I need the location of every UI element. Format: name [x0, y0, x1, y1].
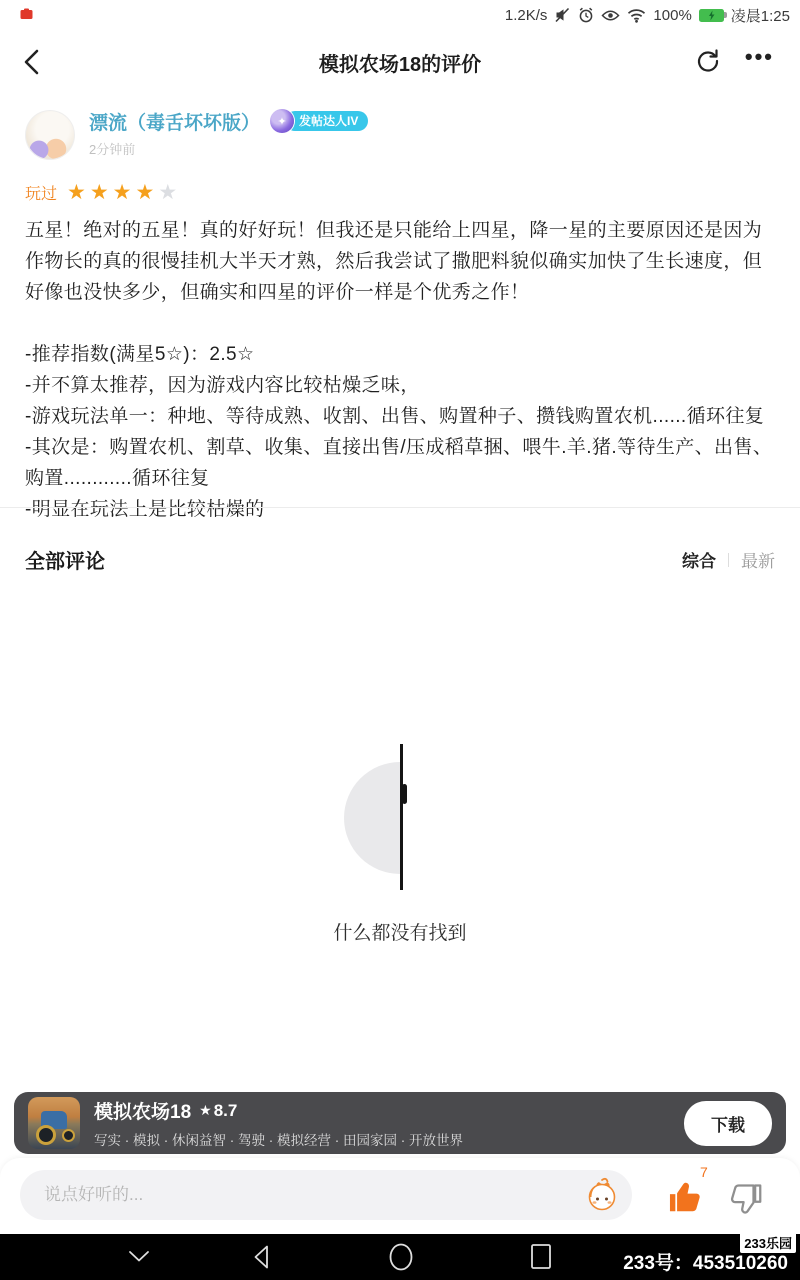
post-timestamp: 2分钟前 [89, 139, 775, 158]
star-icon: ★ [113, 181, 132, 204]
sort-tab-hot[interactable]: 综合 [682, 547, 716, 572]
alarm-icon [578, 7, 594, 23]
star-icon: ★ [90, 181, 109, 204]
wifi-icon [627, 8, 646, 23]
nav-back-icon[interactable] [252, 1244, 270, 1270]
eye-mode-icon [601, 9, 620, 22]
section-divider [0, 507, 800, 508]
battery-icon [699, 9, 724, 22]
empty-state: 什么都没有找到 [0, 744, 800, 945]
username[interactable]: 漂流（毒舌坏坏版） [89, 108, 260, 135]
hide-navbar-icon[interactable] [128, 1250, 150, 1263]
user-badge: ✦ 发帖达人IV [270, 109, 368, 133]
emoji-icon[interactable] [584, 1177, 620, 1213]
clock-time: 凌晨1:25 [731, 5, 790, 26]
game-name: 模拟农场18 [94, 1097, 191, 1124]
empty-half-circle [344, 762, 400, 874]
notification-icon [20, 8, 33, 21]
header: 模拟农场18的评价 ••• [0, 30, 800, 94]
nav-recents-icon[interactable] [530, 1243, 552, 1270]
comment-bar: 7 [0, 1158, 800, 1236]
score-star-icon: ★ [199, 1102, 212, 1119]
empty-illustration [320, 744, 480, 890]
page-title: 模拟农场18的评价 [0, 48, 800, 77]
game-tags: 写实 · 模拟 · 休闲益智 · 驾驶 · 模拟经营 · 田园家园 · 开放世界 [94, 1129, 463, 1149]
app-watermark: 233乐园 [740, 1232, 796, 1253]
sort-tab-newest[interactable]: 最新 [741, 547, 775, 572]
badge-medal-icon: ✦ [270, 109, 294, 133]
download-button[interactable]: 下载 [684, 1101, 772, 1146]
battery-percent: 100% [653, 7, 691, 24]
empty-vertical-line [400, 744, 403, 890]
like-count: 7 [700, 1164, 708, 1180]
review-line: -推荐指数(满星5☆)：2.5☆ [25, 339, 777, 370]
android-nav-bar: 233号：453510260 233乐园 [0, 1234, 800, 1280]
comments-header: 全部评论 综合 最新 [25, 545, 775, 574]
review-paragraph: 五星！绝对的五星！真的好好玩！但我还是只能给上四星，降一星的主要原因还是因为作物… [25, 215, 777, 308]
review-body: 五星！绝对的五星！真的好好玩！但我还是只能给上四星，降一星的主要原因还是因为作物… [25, 215, 777, 525]
star-icon: ★ [136, 181, 155, 204]
avatar[interactable] [25, 110, 75, 160]
game-score: 8.7 [214, 1101, 238, 1121]
review-line: -其次是：购置农机、割草、收集、直接出售/压成稻草捆、喂牛.羊.猪.等待生产、出… [25, 432, 777, 494]
review-line: -明显在玩法上是比较枯燥的 [25, 494, 777, 525]
star-icon: ★ [158, 181, 177, 204]
badge-label: 发帖达人IV [285, 111, 368, 131]
played-label: 玩过 [25, 181, 57, 204]
refresh-icon[interactable] [694, 47, 722, 75]
network-speed: 1.2K/s [505, 7, 548, 24]
star-icon: ★ [67, 181, 86, 204]
status-bar: 1.2K/s 100% 凌晨1:25 [0, 0, 800, 30]
sort-separator [728, 553, 729, 567]
comments-title: 全部评论 [25, 545, 105, 574]
star-rating: ★★★★★ [67, 180, 181, 205]
empty-line-blob [402, 784, 407, 804]
review-line: -并不算太推荐，因为游戏内容比较枯燥乏味， [25, 370, 777, 401]
review-post: 漂流（毒舌坏坏版） ✦ 发帖达人IV 2分钟前 玩过 ★★★★★ 五星！绝对的五… [25, 106, 775, 525]
thumbs-up-icon[interactable] [666, 1178, 704, 1216]
game-bar[interactable]: 模拟农场18 ★ 8.7 写实 · 模拟 · 休闲益智 · 驾驶 · 模拟经营 … [14, 1092, 786, 1154]
comment-input[interactable] [20, 1170, 632, 1220]
empty-text: 什么都没有找到 [0, 918, 800, 945]
nav-home-icon[interactable] [388, 1242, 414, 1272]
thumbs-down-icon[interactable] [728, 1181, 764, 1217]
mute-icon [554, 7, 571, 23]
review-line: -游戏玩法单一：种地、等待成熟、收割、出售、购置种子、攒钱购置农机......循… [25, 401, 777, 432]
game-icon[interactable] [28, 1097, 80, 1149]
more-icon[interactable]: ••• [745, 44, 774, 70]
